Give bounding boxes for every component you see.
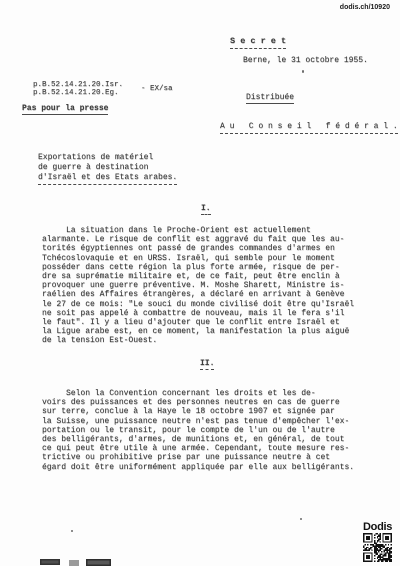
scan-speck (302, 70, 304, 73)
section-heading-2: II. (200, 359, 214, 370)
scan-speck (300, 518, 302, 520)
dodis-reference: dodis.ch/10920 (340, 4, 390, 11)
file-reference-initials: - EX/sa (141, 85, 173, 94)
scan-speck (71, 530, 73, 532)
scan-artifact (86, 559, 111, 566)
section-heading-1: I. (201, 204, 211, 215)
paragraph-2: Selon la Convention concernant les droit… (42, 389, 374, 472)
press-restriction-note: Pas pour la presse (22, 104, 108, 115)
scan-artifact (40, 559, 60, 565)
distribution-target: A u C o n s e i l f é d é r a l . (220, 122, 398, 134)
qr-code (363, 533, 392, 562)
file-reference-egypt: p.B.52.14.21.20.Eg. (33, 89, 119, 98)
document-page: dodis.ch/10920 S e c r e t Berne, le 31 … (0, 0, 400, 566)
paragraph-1: La situation dans le Proche-Orient est a… (42, 226, 374, 346)
dateline: Berne, le 31 octobre 1955. (243, 56, 368, 65)
dodis-logo: Dodis (363, 521, 392, 533)
classification-heading: S e c r e t (230, 37, 286, 49)
subject-line: Exportations de matériel de guerre à des… (38, 153, 177, 185)
scan-artifact (69, 560, 79, 566)
distribution-label: Distribuée (246, 93, 294, 104)
